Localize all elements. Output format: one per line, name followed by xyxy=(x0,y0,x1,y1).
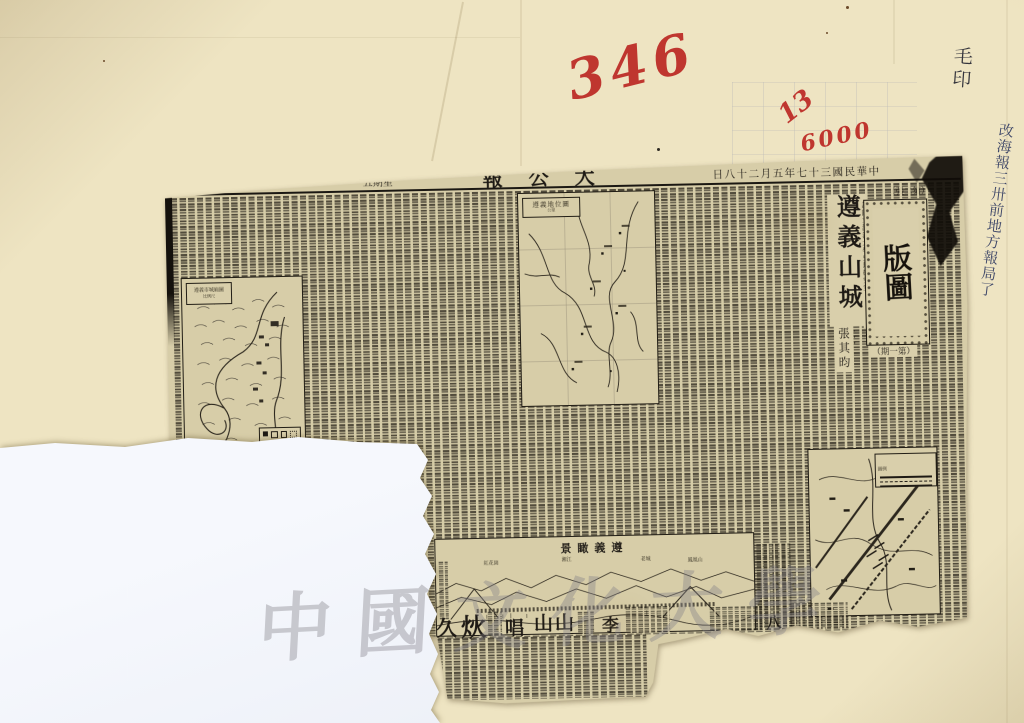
page-number-label: （版七第） xyxy=(181,175,231,191)
location-map-scale-label: 公里 xyxy=(547,207,555,213)
route-map: 圖例 xyxy=(807,446,940,617)
handwritten-page-number: 346 xyxy=(560,19,702,113)
ad-fragment: 炏 xyxy=(461,608,487,645)
legend-line-sample xyxy=(880,480,932,482)
ad-fragment: 李 xyxy=(602,611,620,636)
ad-small-text xyxy=(790,602,849,629)
paper-speck xyxy=(657,148,660,151)
ad-fragment: 唱 xyxy=(505,613,525,640)
handwritten-stamp-note: 毛印 xyxy=(946,45,976,93)
paper-speck xyxy=(846,6,849,9)
weekday-label: 五期星 xyxy=(363,174,393,190)
ad-small-text xyxy=(578,612,594,634)
series-issue-label: （期一第） xyxy=(870,345,917,358)
fold-crease-right xyxy=(893,0,895,64)
ad-fragment: 山山 xyxy=(534,608,577,636)
fold-crease-horizontal xyxy=(0,37,520,38)
route-map-legend-label: 圖例 xyxy=(878,467,887,472)
location-map: 遵義地位圖 公里 xyxy=(517,190,659,407)
city-map-scale-label: 比例尺 xyxy=(203,293,215,299)
panorama-peak-label: 紅花崗 xyxy=(484,561,499,567)
legend-line-sample xyxy=(880,484,932,486)
white-cover-sheet xyxy=(0,428,446,723)
city-map-label-box: 遵義市城廂圖 比例尺 xyxy=(186,282,232,305)
series-title: 版圖 xyxy=(875,242,919,302)
scanned-archive-page: 346 13 6000 毛印 改海報三卅前地方報局了 （版七第） 五期星 報公大… xyxy=(0,0,1024,723)
ad-fragment: 八 xyxy=(765,611,782,633)
location-map-drawing xyxy=(518,191,658,406)
route-map-legend-box: 圖例 xyxy=(874,452,937,487)
ad-small-text xyxy=(626,606,671,633)
body-text-columns-bottom-tab xyxy=(436,634,647,700)
author-emphasis-dots: ・・・ xyxy=(849,328,858,346)
location-map-label-box: 遵義地位圖 公里 xyxy=(522,197,580,218)
panorama-peak-label: 湘江 xyxy=(562,557,572,563)
ad-small-text xyxy=(710,606,762,631)
panorama-peak-label: 鳳凰山 xyxy=(688,557,703,563)
legend-line-sample xyxy=(880,475,932,478)
paper-speck xyxy=(826,32,828,34)
series-title-box: 版圖 xyxy=(863,198,930,345)
fold-crease-vertical xyxy=(520,0,522,166)
fold-crease-diagonal xyxy=(431,2,464,161)
panorama-peak-label: 老城 xyxy=(641,556,651,562)
paper-speck xyxy=(103,60,105,62)
ad-small-text xyxy=(488,611,502,635)
handwritten-blue-note: 改海報三卅前地方報局了 xyxy=(971,122,1017,333)
panorama-title: 景瞰義遵 xyxy=(560,541,628,555)
fold-crease-right-edge xyxy=(1006,0,1008,723)
